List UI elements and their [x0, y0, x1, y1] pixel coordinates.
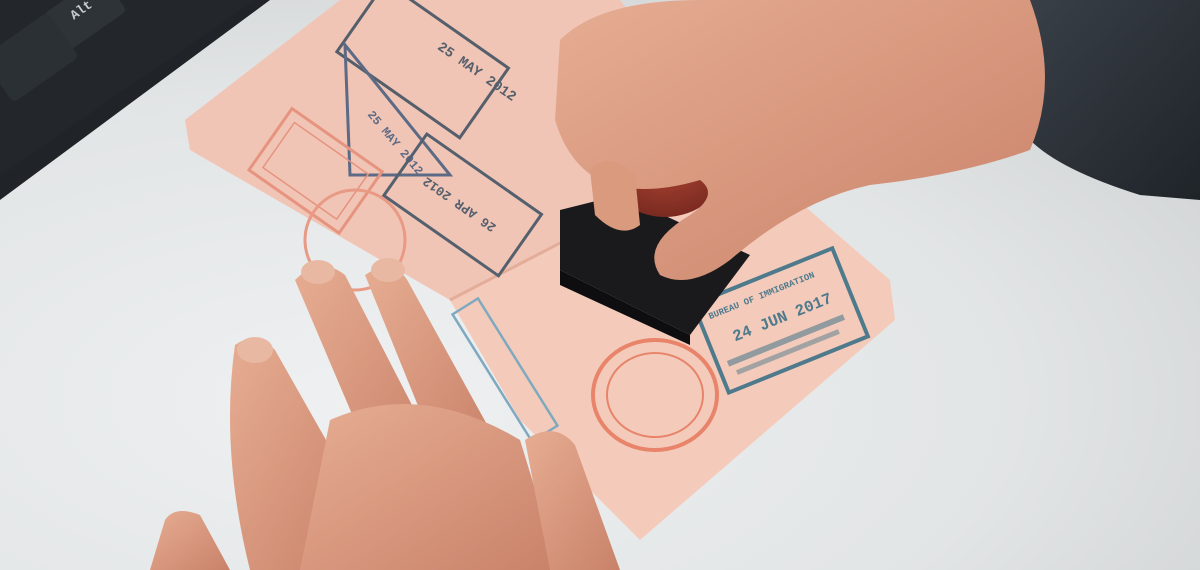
photo-scene: Alt 25 MAY 2012 25 MAY 2012 26 APR 2012: [0, 0, 1200, 570]
scene-illustration: Alt 25 MAY 2012 25 MAY 2012 26 APR 2012: [0, 0, 1200, 570]
